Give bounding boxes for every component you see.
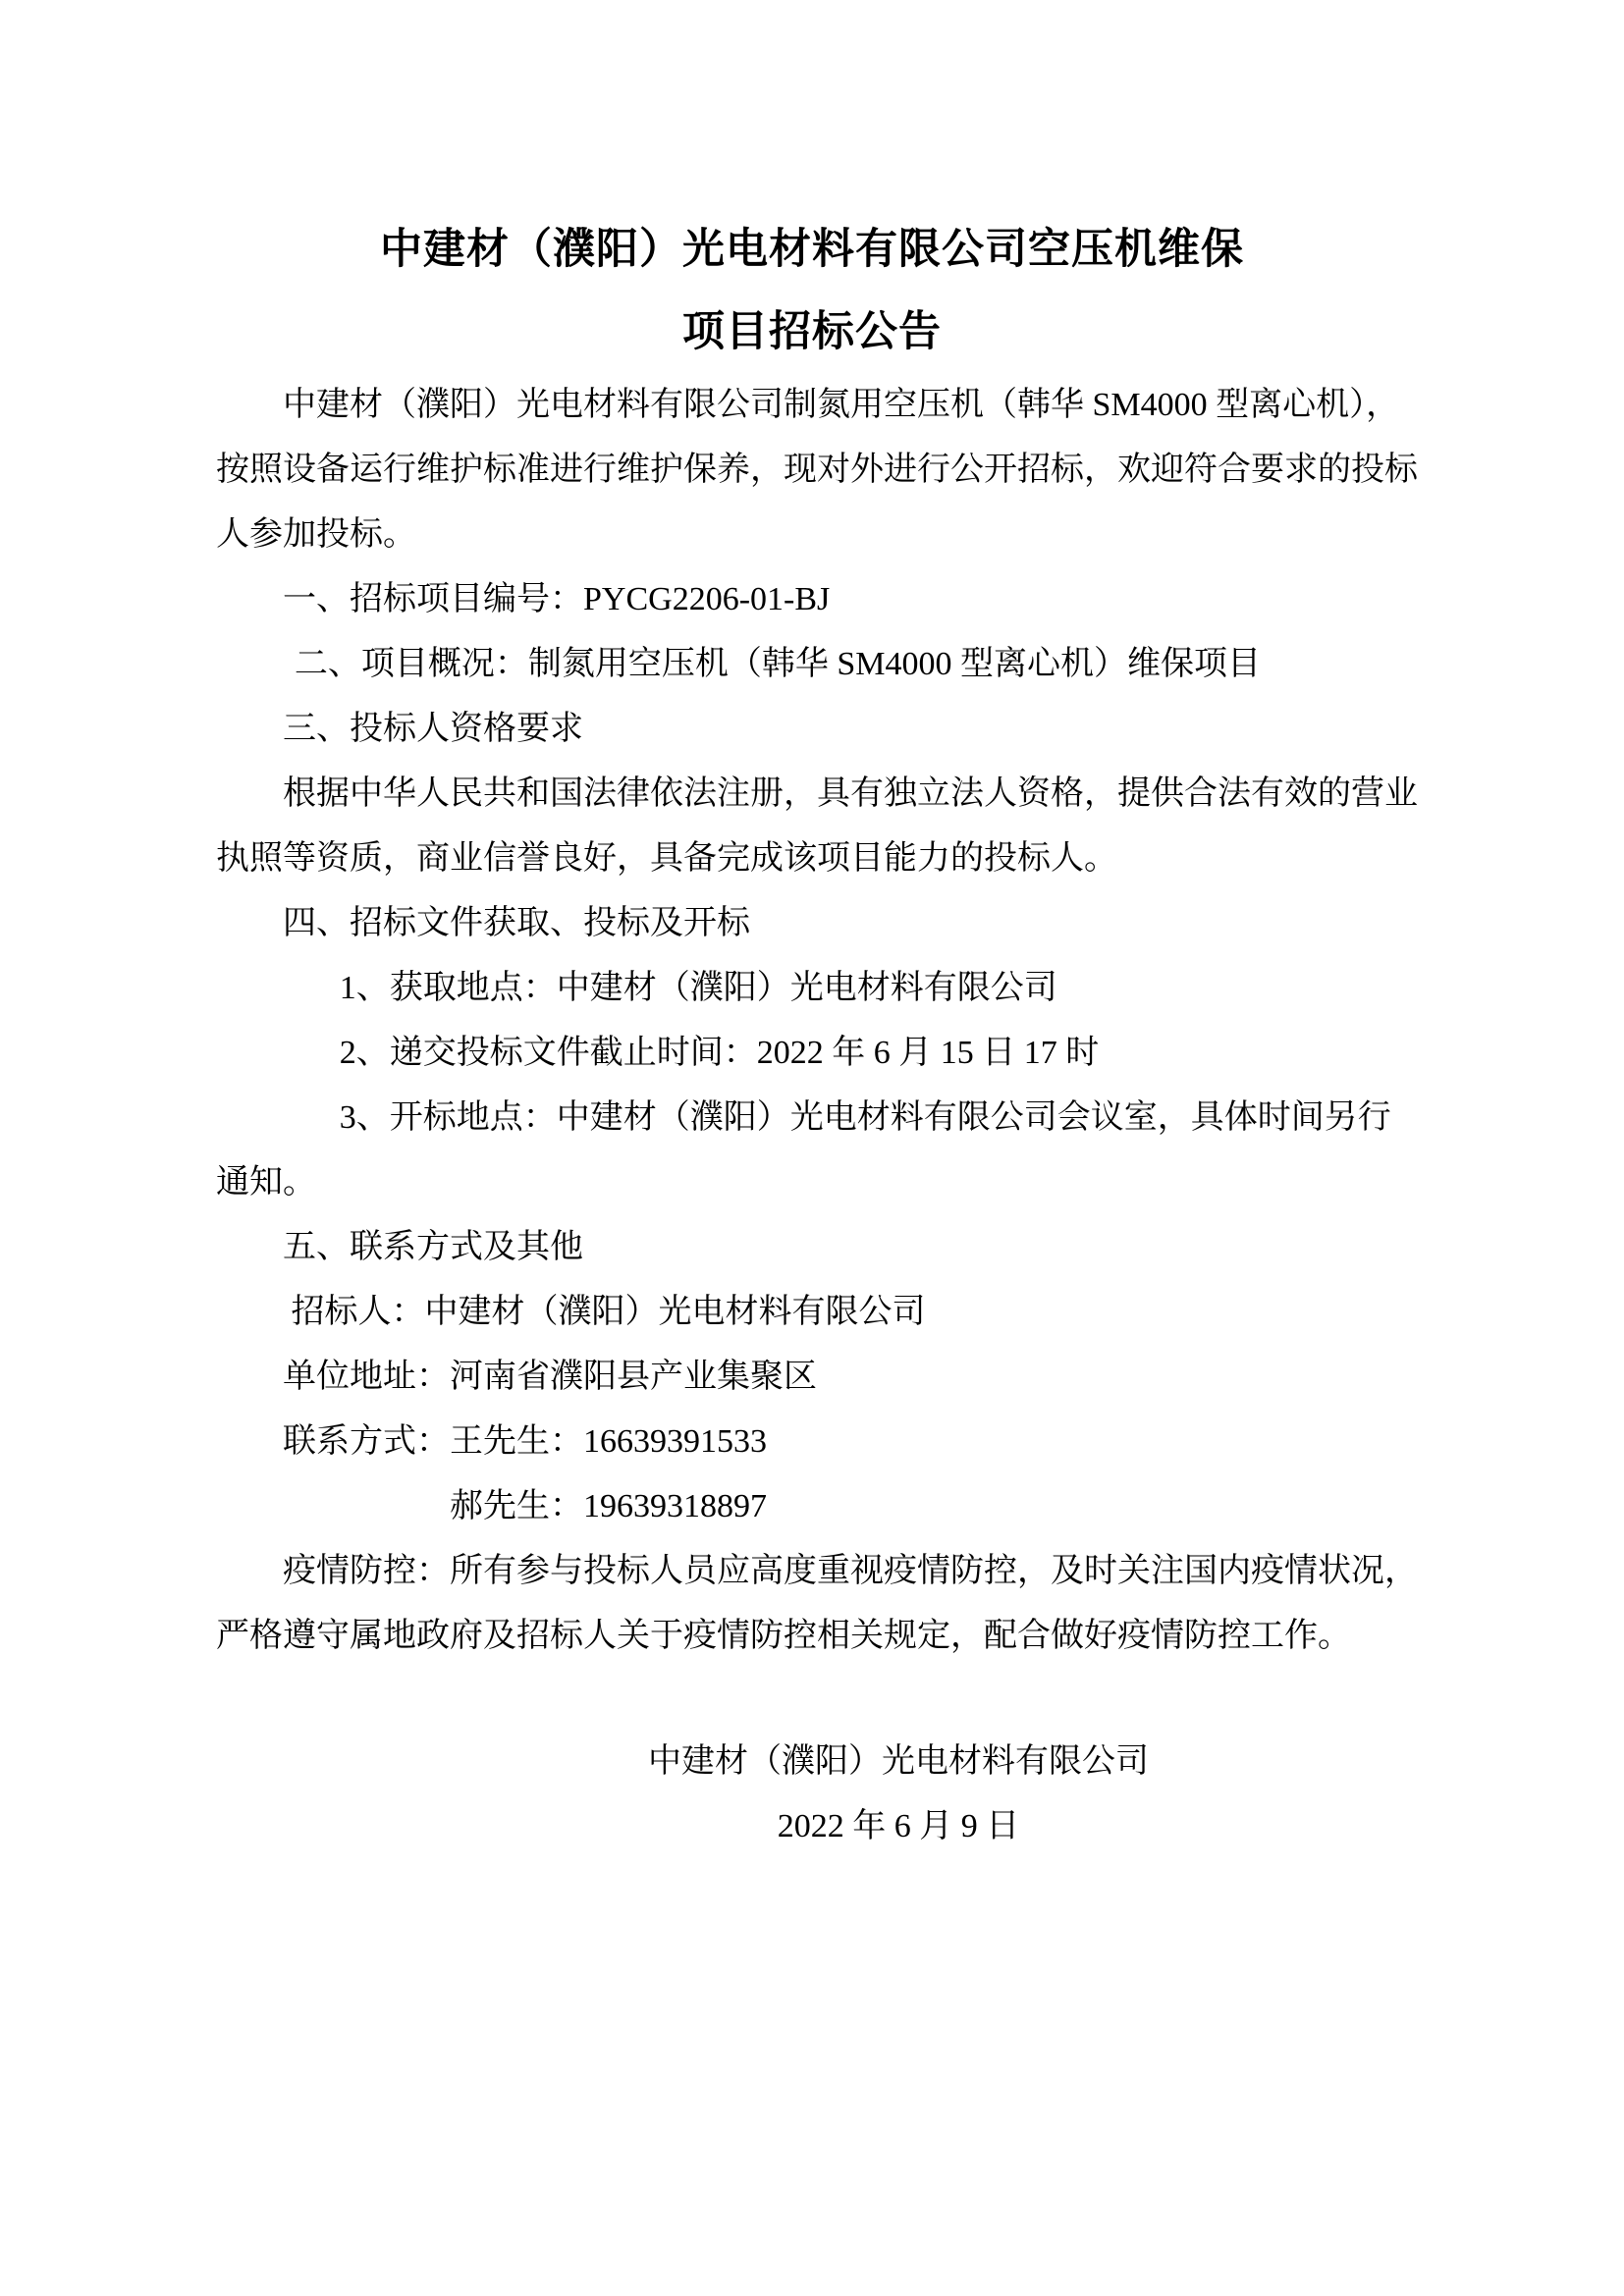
section-4-sub-3-opening-location-line-1: 3、开标地点：中建材（濮阳）光电材料有限公司会议室，具体时间另行 xyxy=(216,1086,1408,1150)
document-title-line1: 中建材（濮阳）光电材料有限公司空压机维保 xyxy=(216,208,1408,291)
address-line: 单位地址：河南省濮阳县产业集聚区 xyxy=(216,1345,1408,1410)
section-3-bidder-qualification: 三、投标人资格要求 xyxy=(216,697,1408,762)
section-4-sub-3-opening-location-line-2: 通知。 xyxy=(216,1150,1408,1215)
document-title-line2: 项目招标公告 xyxy=(216,291,1408,373)
intro-line-1: 中建材（濮阳）光电材料有限公司制氮用空压机（韩华 SM4000 型离心机）， xyxy=(216,373,1408,438)
intro-line-3: 人参加投标。 xyxy=(216,503,1408,567)
qualification-line-2: 执照等资质，商业信誉良好，具备完成该项目能力的投标人。 xyxy=(216,827,1408,891)
qualification-line-1: 根据中华人民共和国法律依法注册，具有独立法人资格，提供合法有效的营业 xyxy=(216,762,1408,827)
section-5-contact: 五、联系方式及其他 xyxy=(216,1215,1408,1280)
signature-date: 2022 年 6 月 9 日 xyxy=(302,1794,1494,1859)
epidemic-line-1: 疫情防控：所有参与投标人员应高度重视疫情防控，及时关注国内疫情状况， xyxy=(216,1539,1408,1604)
section-4-bid-documents: 四、招标文件获取、投标及开标 xyxy=(216,891,1408,956)
signature-block: 中建材（濮阳）光电材料有限公司 2022 年 6 月 9 日 xyxy=(216,1730,1408,1859)
section-2-project-overview: 二、项目概况：制氮用空压机（韩华 SM4000 型离心机）维保项目 xyxy=(216,632,1408,697)
contact-hao-line: 郝先生：19639318897 xyxy=(216,1474,1408,1539)
epidemic-line-2: 严格遵守属地政府及招标人关于疫情防控相关规定，配合做好疫情防控工作。 xyxy=(216,1604,1408,1669)
document-body: 中建材（濮阳）光电材料有限公司制氮用空压机（韩华 SM4000 型离心机）， 按… xyxy=(216,373,1408,1669)
section-1-project-number: 一、招标项目编号：PYCG2206-01-BJ xyxy=(216,567,1408,632)
document-page: 中建材（濮阳）光电材料有限公司空压机维保 项目招标公告 中建材（濮阳）光电材料有… xyxy=(0,0,1624,2296)
intro-line-2: 按照设备运行维护标准进行维护保养，现对外进行公开招标，欢迎符合要求的投标 xyxy=(216,438,1408,503)
signature-company: 中建材（濮阳）光电材料有限公司 xyxy=(302,1730,1494,1794)
contact-wang-line: 联系方式：王先生：16639391533 xyxy=(216,1410,1408,1474)
tenderer-line: 招标人：中建材（濮阳）光电材料有限公司 xyxy=(216,1280,1408,1345)
section-4-sub-1-obtain-location: 1、获取地点：中建材（濮阳）光电材料有限公司 xyxy=(216,956,1408,1021)
section-4-sub-2-deadline: 2、递交投标文件截止时间：2022 年 6 月 15 日 17 时 xyxy=(216,1021,1408,1086)
